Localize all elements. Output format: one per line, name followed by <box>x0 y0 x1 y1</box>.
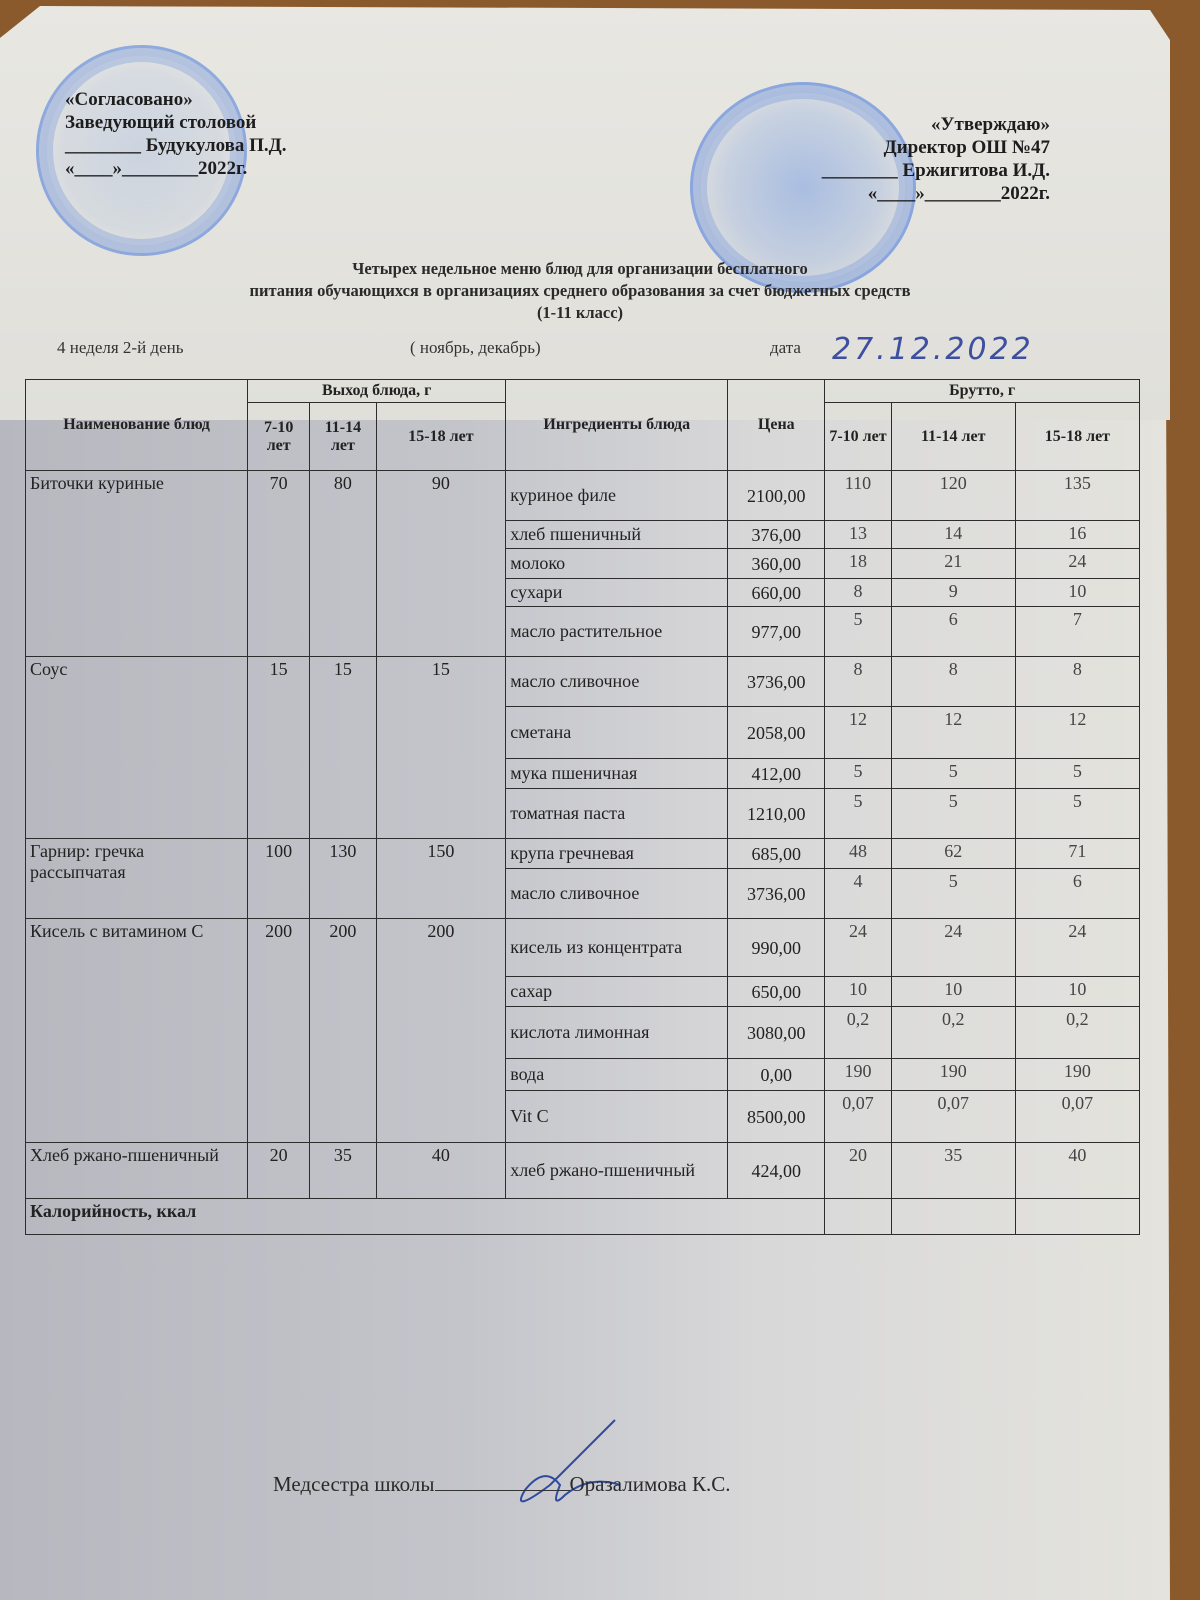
ingredient-gross: 24 <box>825 919 891 977</box>
ingredient-gross: 5 <box>825 759 891 789</box>
ingredient-gross: 5 <box>825 607 891 657</box>
ingredient-gross: 24 <box>1015 919 1139 977</box>
ingredient-gross: 20 <box>825 1143 891 1199</box>
header-price: Цена <box>728 380 825 471</box>
ingredient-gross: 10 <box>825 977 891 1007</box>
table-row: Кисель с витамином С200200200кисель из к… <box>26 919 1140 977</box>
menu-table: Наименование блюд Выход блюда, г Ингреди… <box>25 379 1140 1235</box>
ingredient-price: 3080,00 <box>728 1007 825 1059</box>
ingredient-price: 2058,00 <box>728 707 825 759</box>
calories-7-10 <box>825 1199 891 1235</box>
approval-role: Заведующий столовой <box>65 111 287 134</box>
ingredient-gross: 9 <box>891 579 1015 607</box>
dish-name: Соус <box>26 657 248 839</box>
ingredient-gross: 24 <box>891 919 1015 977</box>
calories-15-18 <box>1015 1199 1139 1235</box>
nurse-signature-line: Медсестра школыОразалимова К.С. <box>273 1472 731 1497</box>
dish-output: 130 <box>310 839 376 919</box>
ingredient-gross: 48 <box>825 839 891 869</box>
ingredient-name: крупа гречневая <box>506 839 728 869</box>
ingredient-gross: 8 <box>825 657 891 707</box>
dish-name: Гарнир: гречка рассыпчатая <box>26 839 248 919</box>
document-title: Четырех недельное меню блюд для организа… <box>60 258 1100 324</box>
ingredient-name: молоко <box>506 549 728 579</box>
handwritten-date: 27.12.2022 <box>832 332 1034 367</box>
ingredient-name: сахар <box>506 977 728 1007</box>
ingredient-name: сухари <box>506 579 728 607</box>
dish-output: 80 <box>310 471 376 657</box>
header-output-7-10: 7-10 лет <box>248 403 310 471</box>
ingredient-gross: 18 <box>825 549 891 579</box>
dish-output: 200 <box>248 919 310 1143</box>
approval-heading: «Утверждаю» <box>760 113 1050 136</box>
ingredient-price: 2100,00 <box>728 471 825 521</box>
week-day-label: 4 неделя 2-й день <box>57 338 183 358</box>
ingredient-gross: 40 <box>1015 1143 1139 1199</box>
ingredient-gross: 5 <box>891 869 1015 919</box>
ingredient-price: 412,00 <box>728 759 825 789</box>
ingredient-gross: 62 <box>891 839 1015 869</box>
ingredient-name: томатная паста <box>506 789 728 839</box>
approval-name: ________ Будукулова П.Д. <box>65 134 287 157</box>
ingredient-name: масло сливочное <box>506 869 728 919</box>
dish-output: 100 <box>248 839 310 919</box>
ingredient-name: хлеб пшеничный <box>506 521 728 549</box>
signature-scribble-icon <box>490 1415 650 1525</box>
calories-11-14 <box>891 1199 1015 1235</box>
title-line-1: Четырех недельное меню блюд для организа… <box>60 258 1100 280</box>
ingredient-price: 424,00 <box>728 1143 825 1199</box>
title-line-2: питания обучающихся в организациях средн… <box>60 280 1100 302</box>
header-gross-11-14: 11-14 лет <box>891 403 1015 471</box>
ingredient-gross: 24 <box>1015 549 1139 579</box>
title-line-3: (1-11 класс) <box>60 302 1100 324</box>
dish-output: 20 <box>248 1143 310 1199</box>
header-gross-7-10: 7-10 лет <box>825 403 891 471</box>
dish-output: 15 <box>248 657 310 839</box>
dish-name: Кисель с витамином С <box>26 919 248 1143</box>
ingredient-gross: 5 <box>1015 759 1139 789</box>
approval-date: «____»________2022г. <box>760 182 1050 205</box>
ingredient-gross: 71 <box>1015 839 1139 869</box>
dish-output: 150 <box>376 839 506 919</box>
table-row: Хлеб ржано-пшеничный203540хлеб ржано-пше… <box>26 1143 1140 1199</box>
approval-block-approved: «Утверждаю» Директор ОШ №47 ________ Ерж… <box>760 113 1050 205</box>
ingredient-gross: 14 <box>891 521 1015 549</box>
ingredient-price: 1210,00 <box>728 789 825 839</box>
ingredient-name: кисель из концентрата <box>506 919 728 977</box>
ingredient-name: мука пшеничная <box>506 759 728 789</box>
ingredient-name: куриное филе <box>506 471 728 521</box>
ingredient-gross: 5 <box>1015 789 1139 839</box>
ingredient-gross: 6 <box>891 607 1015 657</box>
signature-blank <box>435 1472 570 1491</box>
ingredient-price: 3736,00 <box>728 657 825 707</box>
ingredient-gross: 10 <box>1015 977 1139 1007</box>
ingredient-gross: 5 <box>825 789 891 839</box>
ingredient-gross: 21 <box>891 549 1015 579</box>
header-dish: Наименование блюд <box>26 380 248 471</box>
ingredient-gross: 12 <box>825 707 891 759</box>
ingredient-gross: 0,07 <box>1015 1091 1139 1143</box>
dish-output: 90 <box>376 471 506 657</box>
ingredient-gross: 12 <box>891 707 1015 759</box>
ingredient-price: 360,00 <box>728 549 825 579</box>
ingredient-gross: 190 <box>825 1059 891 1091</box>
dish-name: Хлеб ржано-пшеничный <box>26 1143 248 1199</box>
ingredient-gross: 120 <box>891 471 1015 521</box>
ingredient-gross: 8 <box>1015 657 1139 707</box>
ingredient-name: хлеб ржано-пшеничный <box>506 1143 728 1199</box>
ingredient-price: 8500,00 <box>728 1091 825 1143</box>
nurse-name: Оразалимова К.С. <box>570 1472 731 1496</box>
header-gross: Брутто, г <box>825 380 1140 403</box>
dish-output: 15 <box>310 657 376 839</box>
ingredient-price: 3736,00 <box>728 869 825 919</box>
ingredient-price: 685,00 <box>728 839 825 869</box>
ingredient-price: 0,00 <box>728 1059 825 1091</box>
ingredient-gross: 35 <box>891 1143 1015 1199</box>
ingredient-gross: 8 <box>891 657 1015 707</box>
approval-date: «____»________2022г. <box>65 157 287 180</box>
menu-table-body: Биточки куриные708090куриное филе2100,00… <box>26 471 1140 1199</box>
date-label: дата <box>770 338 801 358</box>
dish-output: 200 <box>376 919 506 1143</box>
ingredient-gross: 0,2 <box>825 1007 891 1059</box>
header-output-11-14: 11-14 лет <box>310 403 376 471</box>
ingredient-gross: 135 <box>1015 471 1139 521</box>
ingredient-name: вода <box>506 1059 728 1091</box>
ingredient-price: 990,00 <box>728 919 825 977</box>
approval-role: Директор ОШ №47 <box>760 136 1050 159</box>
ingredient-price: 650,00 <box>728 977 825 1007</box>
header-gross-15-18: 15-18 лет <box>1015 403 1139 471</box>
ingredient-price: 376,00 <box>728 521 825 549</box>
ingredient-gross: 12 <box>1015 707 1139 759</box>
ingredient-name: масло растительное <box>506 607 728 657</box>
ingredient-gross: 10 <box>1015 579 1139 607</box>
ingredient-gross: 8 <box>825 579 891 607</box>
ingredient-gross: 5 <box>891 789 1015 839</box>
ingredient-gross: 0,2 <box>1015 1007 1139 1059</box>
approval-heading: «Согласовано» <box>65 88 287 111</box>
table-row: Гарнир: гречка рассыпчатая100130150крупа… <box>26 839 1140 869</box>
nurse-label: Медсестра школы <box>273 1472 435 1496</box>
ingredient-gross: 6 <box>1015 869 1139 919</box>
ingredient-gross: 190 <box>1015 1059 1139 1091</box>
approval-name: ________ Ержигитова И.Д. <box>760 159 1050 182</box>
ingredient-name: масло сливочное <box>506 657 728 707</box>
calories-row: Калорийность, ккал <box>26 1199 1140 1235</box>
ingredient-name: сметана <box>506 707 728 759</box>
header-output-15-18: 15-18 лет <box>376 403 506 471</box>
ingredient-gross: 0,2 <box>891 1007 1015 1059</box>
ingredient-name: кислота лимонная <box>506 1007 728 1059</box>
dish-output: 70 <box>248 471 310 657</box>
ingredient-gross: 5 <box>891 759 1015 789</box>
dish-output: 200 <box>310 919 376 1143</box>
ingredient-gross: 110 <box>825 471 891 521</box>
dish-output: 40 <box>376 1143 506 1199</box>
months-label: ( ноябрь, декабрь) <box>410 338 541 358</box>
dish-output: 15 <box>376 657 506 839</box>
ingredient-name: Vit C <box>506 1091 728 1143</box>
ingredient-gross: 190 <box>891 1059 1015 1091</box>
ingredient-gross: 0,07 <box>825 1091 891 1143</box>
table-row: Соус151515масло сливочное3736,00888 <box>26 657 1140 707</box>
ingredient-gross: 4 <box>825 869 891 919</box>
ingredient-gross: 13 <box>825 521 891 549</box>
ingredient-price: 977,00 <box>728 607 825 657</box>
header-ingredients: Ингредиенты блюда <box>506 380 728 471</box>
ingredient-gross: 7 <box>1015 607 1139 657</box>
ingredient-gross: 0,07 <box>891 1091 1015 1143</box>
header-output: Выход блюда, г <box>248 380 506 403</box>
table-row: Биточки куриные708090куриное филе2100,00… <box>26 471 1140 521</box>
ingredient-gross: 16 <box>1015 521 1139 549</box>
ingredient-gross: 10 <box>891 977 1015 1007</box>
dish-name: Биточки куриные <box>26 471 248 657</box>
dish-output: 35 <box>310 1143 376 1199</box>
ingredient-price: 660,00 <box>728 579 825 607</box>
calories-label: Калорийность, ккал <box>26 1199 825 1235</box>
approval-block-agreed: «Согласовано» Заведующий столовой ______… <box>65 88 287 180</box>
